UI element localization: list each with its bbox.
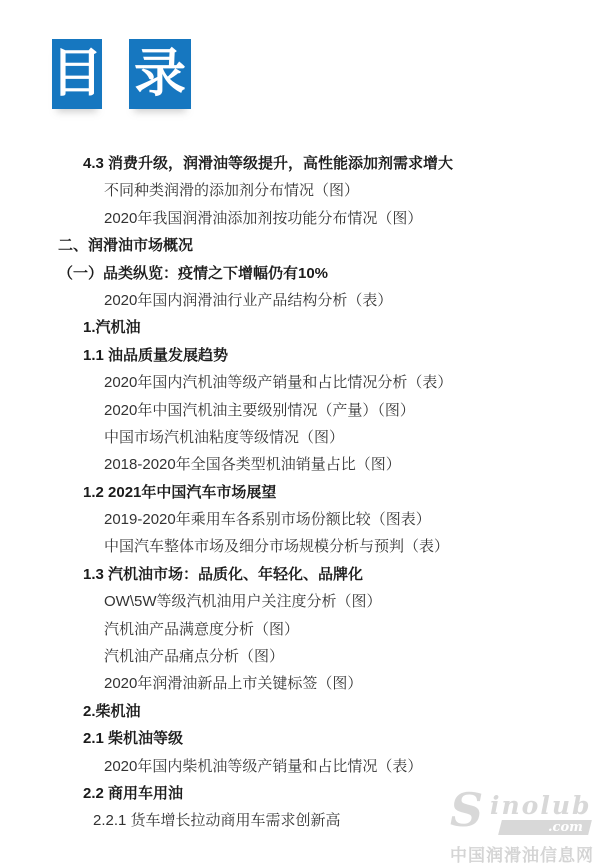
toc-item: 2.1 柴机油等级: [0, 725, 600, 752]
sinolub-logo-caption: 中国润滑油信息网: [450, 841, 600, 865]
toc-item: 2020年国内柴机油等级产销量和占比情况（表）: [0, 753, 600, 780]
toc-item: 2020年国内汽机油等级产销量和占比情况分析（表）: [0, 369, 600, 396]
title-char-block-mu: 目: [52, 39, 102, 109]
toc-item: 1.汽机油: [0, 314, 600, 341]
sinolub-wordmark: S inolub .com: [450, 793, 600, 838]
toc-item: 2018-2020年全国各类型机油销量占比（图）: [0, 451, 600, 478]
toc-item: 2020年中国汽机油主要级别情况（产量）（图）: [0, 397, 600, 424]
sinolub-watermark-logo: S inolub .com 中国润滑油信息网: [450, 793, 600, 865]
toc-item: 2019-2020年乘用车各系别市场份额比较（图表）: [0, 506, 600, 533]
toc-item: 2020年国内润滑油行业产品结构分析（表）: [0, 287, 600, 314]
toc-item: 不同种类润滑的添加剂分布情况（图）: [0, 177, 600, 204]
toc-item: 1.2 2021年中国汽车市场展望: [0, 479, 600, 506]
toc-item: 2020年我国润滑油添加剂按功能分布情况（图）: [0, 205, 600, 232]
toc-item: 中国汽车整体市场及细分市场规模分析与预判（表）: [0, 533, 600, 560]
toc-item: 1.3 汽机油市场：品质化、年轻化、品牌化: [0, 561, 600, 588]
toc-item: 1.1 油品质量发展趋势: [0, 342, 600, 369]
sinolub-logo-initial: S: [450, 787, 483, 833]
toc-item: 二、润滑油市场概况: [0, 232, 600, 259]
toc-item: 中国市场汽机油粘度等级情况（图）: [0, 424, 600, 451]
toc-item: 4.3 消费升级，润滑油等级提升，高性能添加剂需求增大: [0, 150, 600, 177]
title-char-block-lu: 录: [129, 39, 191, 109]
toc-item: 2020年润滑油新品上市关键标签（图）: [0, 670, 600, 697]
sinolub-logo-text: inolub: [490, 793, 592, 818]
toc-item: OW\5W等级汽机油用户关注度分析（图）: [0, 588, 600, 615]
sinolub-logo-band: .com: [498, 820, 592, 835]
sinolub-logo-domain: .com: [548, 821, 583, 834]
toc-item: 2.柴机油: [0, 698, 600, 725]
document-page: 目 录 4.3 消费升级，润滑油等级提升，高性能添加剂需求增大不同种类润滑的添加…: [0, 0, 600, 865]
toc-list: 4.3 消费升级，润滑油等级提升，高性能添加剂需求增大不同种类润滑的添加剂分布情…: [0, 150, 600, 835]
toc-item: 汽机油产品满意度分析（图）: [0, 616, 600, 643]
toc-item: 汽机油产品痛点分析（图）: [0, 643, 600, 670]
toc-item: （一）品类纵览：疫情之下增幅仍有10%: [0, 260, 600, 287]
